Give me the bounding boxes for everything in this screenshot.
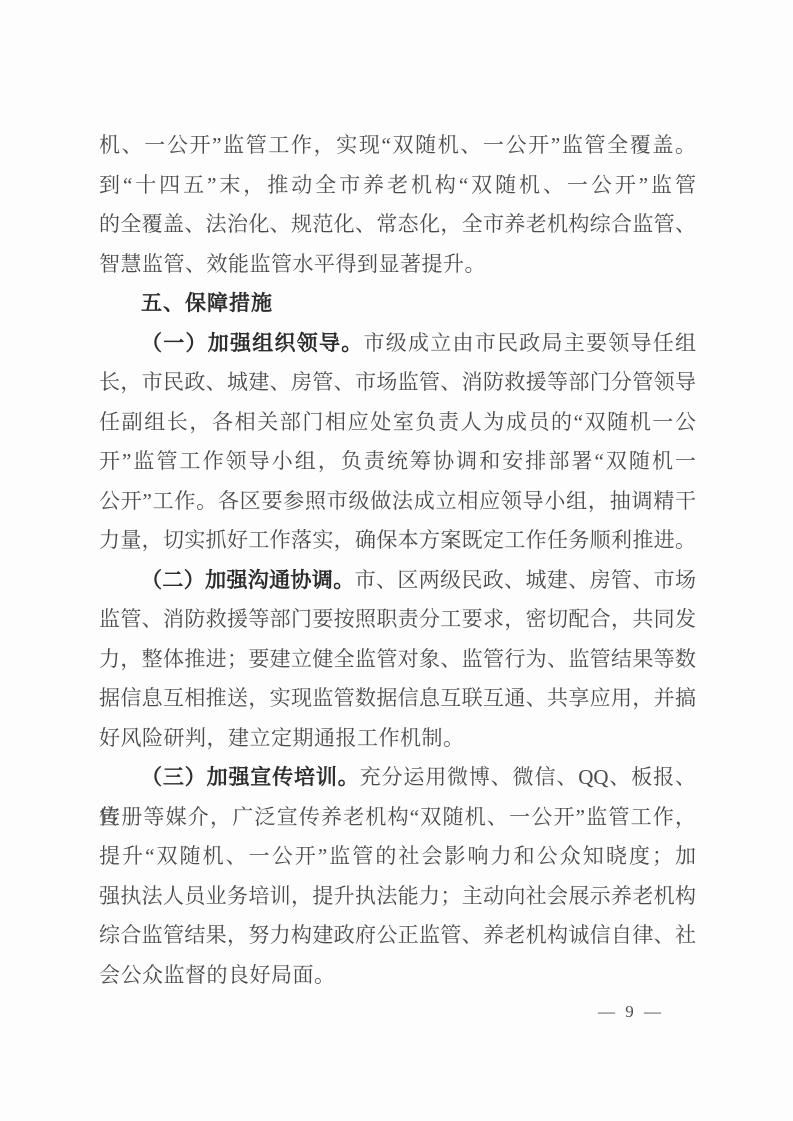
text-line: 机、一公开”监管工作，实现“双随机、一公开”监管全覆盖。: [99, 126, 696, 166]
text-line: 据信息互相推送，实现监管数据信息互联互通、共享应用，并搞: [99, 679, 696, 719]
paragraph-first-line: （三）加强宣传培训。充分运用微博、微信、QQ、板报、宣: [99, 758, 696, 798]
text-line: 提升“双随机、一公开”监管的社会影响力和公众知晓度；加: [99, 837, 696, 877]
paragraph-first-line: （二）加强沟通协调。市、区两级民政、城建、房管、市场: [99, 561, 696, 601]
paragraph-lead: （三）加强宣传培训。: [141, 765, 360, 789]
text-line: 好风险研判，建立定期通报工作机制。: [99, 719, 696, 759]
text-line: 智慧监管、效能监管水平得到显著提升。: [99, 245, 696, 285]
text-line: 传册等媒介，广泛宣传养老机构“双随机、一公开”监管工作，: [99, 798, 696, 838]
document-body: 机、一公开”监管工作，实现“双随机、一公开”监管全覆盖。 到“十四五”末，推动全…: [99, 126, 696, 995]
document-page: 机、一公开”监管工作，实现“双随机、一公开”监管全覆盖。 到“十四五”末，推动全…: [0, 0, 793, 1121]
paragraph-lead: （一）加强组织领导。: [141, 331, 364, 355]
text-line: 综合监管结果，努力构建政府公正监管、养老机构诚信自律、社: [99, 916, 696, 956]
text-line: 公开”工作。各区要参照市级做法成立相应领导小组，抽调精干: [99, 482, 696, 522]
text-line: 力，整体推进；要建立健全监管对象、监管行为、监管结果等数: [99, 640, 696, 680]
text-line: 强执法人员业务培训，提升执法能力；主动向社会展示养老机构: [99, 877, 696, 917]
page-number: — 9 —: [598, 997, 678, 1027]
text-line: 任副组长，各相关部门相应处室负责人为成员的“双随机一公: [99, 403, 696, 443]
text-line: 会公众监督的良好局面。: [99, 956, 696, 996]
paragraph-first-line: （一）加强组织领导。市级成立由市民政局主要领导任组: [99, 324, 696, 364]
text-line: 到“十四五”末，推动全市养老机构“双随机、一公开”监管: [99, 166, 696, 206]
text-line: 开”监管工作领导小组，负责统筹协调和安排部署“双随机一: [99, 442, 696, 482]
text-line: 监管、消防救援等部门要按照职责分工要求，密切配合，共同发: [99, 600, 696, 640]
text-line: 的全覆盖、法治化、规范化、常态化，全市养老机构综合监管、: [99, 205, 696, 245]
text-line: 力量，切实抓好工作落实，确保本方案既定工作任务顺利推进。: [99, 521, 696, 561]
paragraph-lead: （二）加强沟通协调。: [141, 568, 355, 592]
section-heading: 五、保障措施: [99, 284, 696, 324]
text-line: 长，市民政、城建、房管、市场监管、消防救援等部门分管领导: [99, 363, 696, 403]
